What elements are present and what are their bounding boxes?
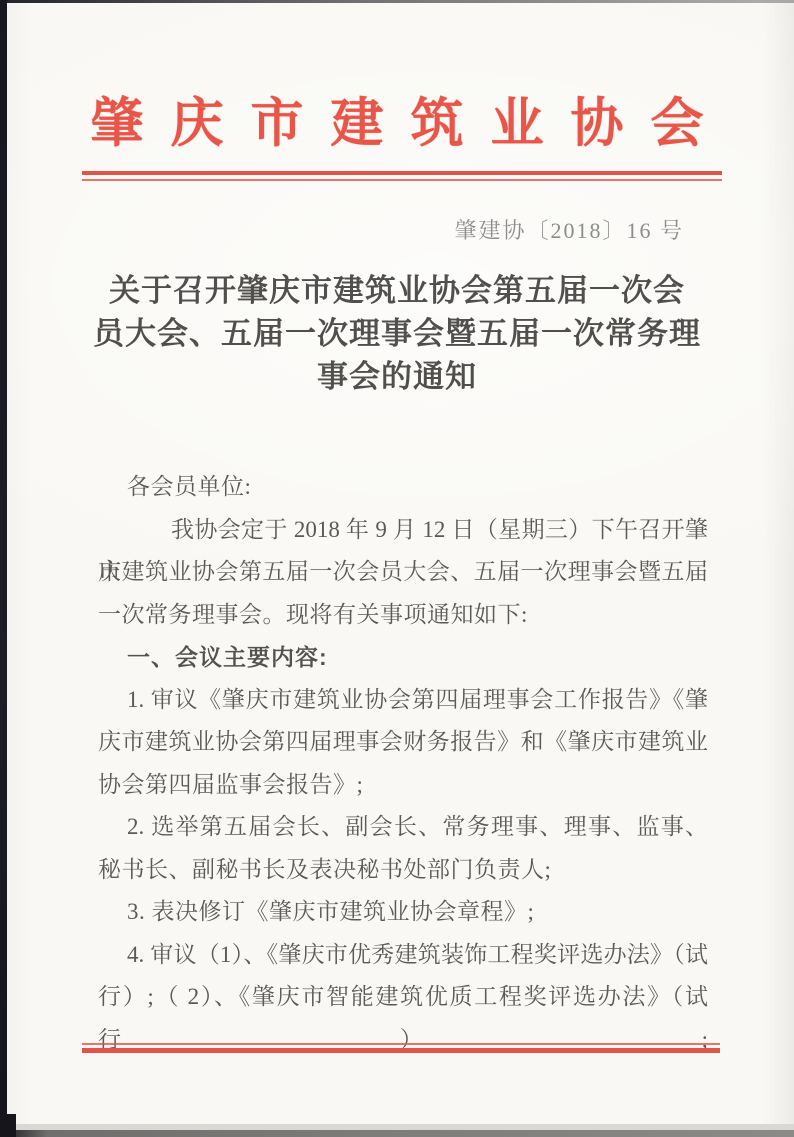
footer-rule-thick [82, 1048, 720, 1053]
body-line: 秘书长、副秘书长及表决秘书处部门负责人; [98, 849, 708, 892]
body-line-item-4: 4. 审议（1）、《肇庆市优秀建筑装饰工程奖评选办法》（试 [98, 934, 708, 977]
body-line: 行）;（ 2）、《肇庆市智能建筑优质工程奖评选办法》（试行）; [98, 976, 708, 1019]
letterhead-org-name: 肇庆市建筑业协会 [0, 88, 794, 160]
body-line-item-3: 3. 表决修订《肇庆市建筑业协会章程》; [98, 891, 708, 934]
body-line: 庆市建筑业协会第四届理事会财务报告》和《肇庆市建筑业 [98, 721, 708, 764]
document-number: 肇建协〔2018〕16 号 [0, 216, 794, 246]
document-title-line: 事会的通知 [57, 355, 737, 398]
body-line: 协会第四届监事会报告》; [98, 764, 708, 807]
body-line-item-1: 1. 审议《肇庆市建筑业协会第四届理事会工作报告》《肇 [98, 679, 708, 722]
letterhead-rule-thick [82, 171, 722, 175]
document-title-line: 员大会、五届一次理事会暨五届一次常务理 [57, 312, 737, 355]
document-title-line: 关于召开肇庆市建筑业协会第五届一次会 [57, 269, 737, 312]
document-title: 关于召开肇庆市建筑业协会第五届一次会 员大会、五届一次理事会暨五届一次常务理 事… [57, 269, 737, 398]
section-heading-line: 一、会议主要内容: [98, 636, 708, 679]
body-line: 一次常务理事会。现将有关事项通知如下: [98, 594, 708, 637]
body-line-item-2: 2. 选举第五届会长、副会长、常务理事、理事、监事、 [98, 806, 708, 849]
letterhead-rule-thin [82, 179, 722, 181]
body-line: 我协会定于 2018 年 9 月 12 日（星期三）下午召开肇庆 [98, 509, 708, 552]
footer-rule-thin [82, 1043, 720, 1045]
scan-edge-left [0, 0, 7, 1137]
scan-edge-top [0, 0, 794, 3]
scanned-notice-page: 肇庆市建筑业协会 肇建协〔2018〕16 号 关于召开肇庆市建筑业协会第五届一次… [0, 0, 794, 1137]
document-body: 各会员单位: 我协会定于 2018 年 9 月 12 日（星期三）下午召开肇庆 … [98, 466, 708, 1019]
scan-edge-corner [0, 1114, 16, 1137]
salutation-line: 各会员单位: [98, 466, 708, 509]
scan-edge-bottom [0, 1130, 794, 1137]
body-line: 市建筑业协会第五届一次会员大会、五届一次理事会暨五届 [98, 551, 708, 594]
